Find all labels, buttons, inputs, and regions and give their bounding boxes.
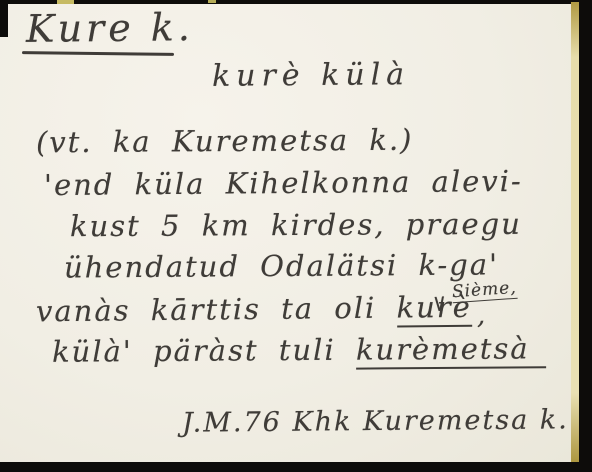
card-heading: Kure k. bbox=[26, 5, 194, 51]
underlined-name-kuremetsa: kurèmetsà bbox=[356, 331, 546, 369]
insertion-caret-icon: ∨ bbox=[432, 289, 448, 318]
body-line-2: 'end küla Kihelkonna alevi- bbox=[44, 164, 523, 202]
inserted-word: Sième, bbox=[451, 278, 517, 303]
scanned-card-image: Kure k. kurè külà (vt. ka Kuremetsa k.) … bbox=[0, 0, 592, 472]
phonetic-title: kurè külà bbox=[212, 57, 410, 94]
scan-corner-gap bbox=[0, 0, 8, 37]
body-line-3: kust 5 km kirdes, praegu bbox=[70, 207, 522, 243]
body-line-6: külà' päràst tuli kurèmetsà bbox=[52, 331, 546, 368]
body-line-6-text: külà' päràst tuli bbox=[52, 333, 336, 369]
card-edge-strip bbox=[571, 2, 579, 462]
body-line-4: ühendatud Odalätsi k-ga' bbox=[64, 247, 499, 284]
card-edge-smudge bbox=[208, 0, 216, 3]
body-line-5-text: vanàs kārttis ta oli bbox=[36, 291, 377, 329]
body-line-1: (vt. ka Kuremetsa k.) bbox=[36, 123, 414, 160]
trailing-comma-mark: , bbox=[477, 301, 488, 331]
signature-line: J.M.76 Khk Kuremetsa k. bbox=[182, 404, 569, 438]
card-edge-smudge bbox=[57, 0, 74, 4]
body-line-5: vanàs kārttis ta oli kurè, bbox=[36, 290, 482, 329]
